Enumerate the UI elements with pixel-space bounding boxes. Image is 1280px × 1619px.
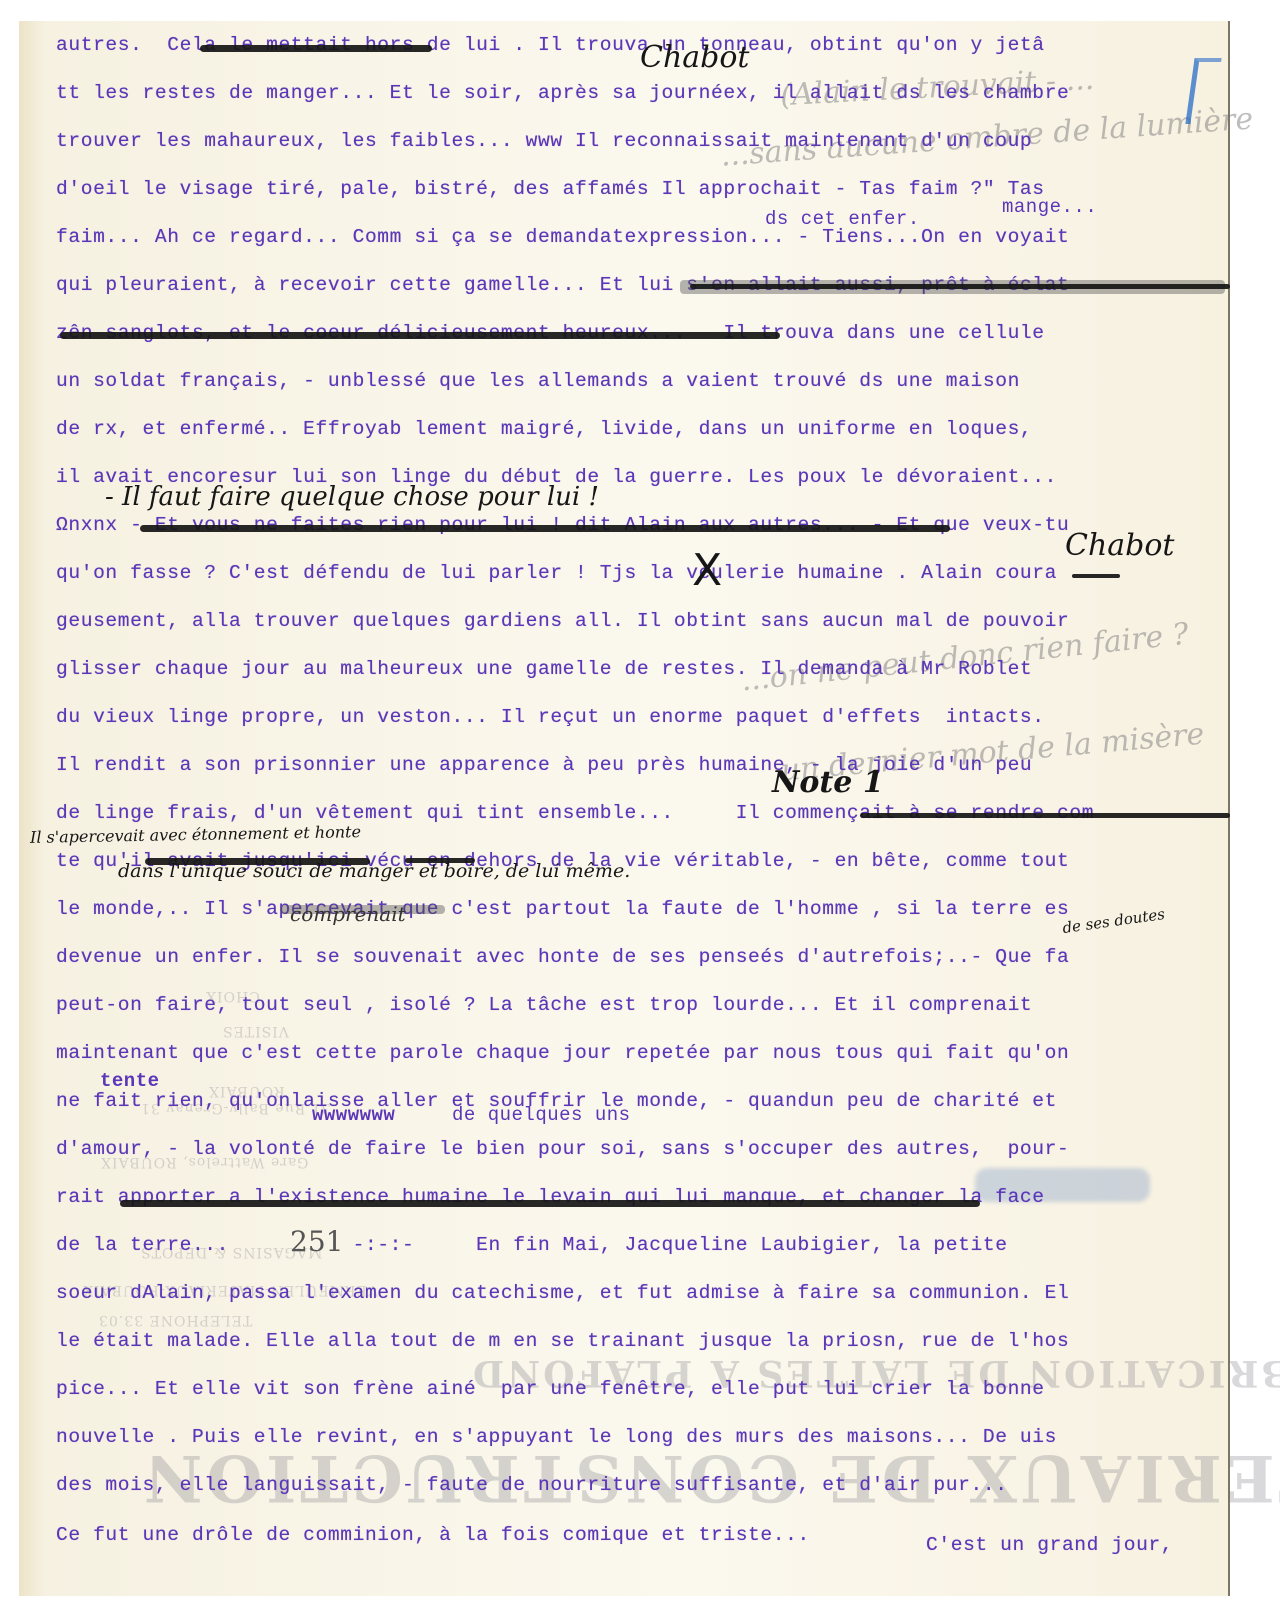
typed-line: Ce fut une drôle de comminion, à la fois… — [56, 1524, 810, 1546]
strikethrough — [1072, 574, 1120, 578]
typed-line: d'amour, - la volonté de faire le bien p… — [56, 1138, 1069, 1160]
handwritten-insert: dans l'unique souci de manger et boire, … — [118, 860, 630, 882]
typed-line: le était malade. Elle alla tout de m en … — [56, 1330, 1069, 1352]
typed-line: pice... Et elle vit son frène ainé par u… — [56, 1378, 1045, 1400]
typed-line: nouvelle . Puis elle revint, en s'appuya… — [56, 1426, 1057, 1448]
typed-line: peut-on faire, tout seul , isolé ? La tâ… — [56, 994, 1032, 1016]
typed-line: qu'on fasse ? C'est défendu de lui parle… — [56, 562, 1057, 584]
typed-insert: ds cet enfer. — [765, 208, 920, 230]
typed-insert: tente — [100, 1070, 160, 1092]
typed-insert-struck: wwwwwww — [312, 1104, 395, 1126]
typed-line: geusement, alla trouver quelques gardien… — [56, 610, 1069, 632]
typed-line: un soldat français, - unblessé que les a… — [56, 370, 1020, 392]
typed-line: de la terre... -:-:- En fin Mai, Jacquel… — [56, 1234, 1008, 1256]
typed-insert: mange... — [1002, 196, 1097, 218]
typed-line: de rx, et enfermé.. Effroyab lement maig… — [56, 418, 1032, 440]
typed-line: Il rendit a son prisonnier une apparence… — [56, 754, 1032, 776]
strikethrough — [60, 332, 780, 339]
typed-line: maintenant que c'est cette parole chaque… — [56, 1042, 1069, 1064]
typed-continuation: C'est un grand jour, — [926, 1534, 1173, 1556]
typed-line: d'oeil le visage tiré, pale, bistré, des… — [56, 178, 1045, 200]
handwritten-name: Chabot — [640, 40, 749, 75]
typed-line: trouver les mahaureux, les faibles... ww… — [56, 130, 1032, 152]
strikethrough — [690, 284, 1230, 289]
typed-line: tt les restes de manger... Et le soir, a… — [56, 82, 1069, 104]
strikethrough — [120, 1200, 980, 1207]
handwritten-insert: comprenait — [290, 902, 406, 926]
handwritten-page-number: 251 — [290, 1225, 343, 1258]
handwritten-insert: - Il faut faire quelque chose pour lui ! — [105, 482, 599, 512]
typed-line: soeur dAlain, passa l'examen du catechis… — [56, 1282, 1069, 1304]
ghost-letterhead-line: TELEPHONE 33.03 — [98, 1312, 252, 1328]
typed-line: devenue un enfer. Il se souvenait avec h… — [56, 946, 1069, 968]
typed-line: glisser chaque jour au malheureux une ga… — [56, 658, 1032, 680]
strikethrough — [200, 45, 432, 52]
typed-line: du vieux linge propre, un veston... Il r… — [56, 706, 1045, 728]
typed-line: le monde,.. Il s'apercevait que c'est pa… — [56, 898, 1069, 920]
x-mark: X — [692, 545, 722, 596]
typed-insert: de quelques uns — [452, 1104, 631, 1126]
strikethrough — [140, 525, 950, 532]
typed-line: des mois, elle languissait, - faute de n… — [56, 1474, 1008, 1496]
handwritten-note-marker: Note 1 — [772, 765, 884, 800]
ghost-letterhead-line: VISITES — [222, 1023, 289, 1039]
strikethrough — [860, 813, 1230, 818]
handwritten-name: Chabot — [1065, 528, 1174, 563]
